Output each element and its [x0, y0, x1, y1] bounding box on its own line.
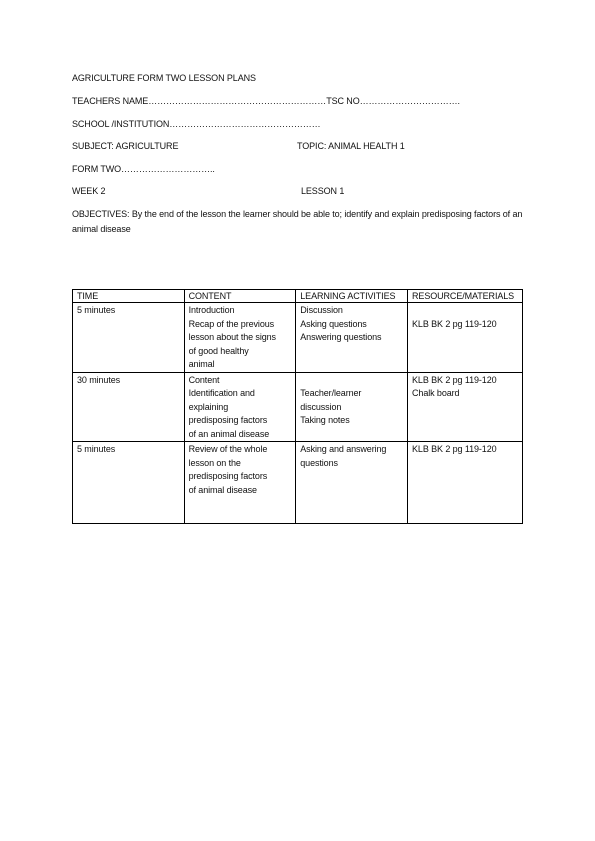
cell-text: Answering questions — [300, 331, 403, 345]
cell-text: Discussion — [300, 304, 403, 318]
cell-text: questions — [300, 457, 403, 471]
header-learning-activities: LEARNING ACTIVITIES — [296, 290, 408, 303]
cell-text: Content — [189, 374, 292, 388]
cell-text: KLB BK 2 pg 119-120 — [412, 374, 518, 388]
cell-text: KLB BK 2 pg 119-120 — [412, 443, 518, 457]
time-cell: 5 minutes — [73, 442, 185, 524]
resources-cell: KLB BK 2 pg 119-120 — [408, 303, 523, 373]
teachers-name-field: TEACHERS NAME……………………………………………………TSC NO…… — [72, 96, 460, 106]
cell-text — [412, 304, 518, 318]
cell-text: predisposing factors — [189, 414, 292, 428]
header-resources: RESOURCE/MATERIALS — [408, 290, 523, 303]
table-row: 30 minutesContentIdentification andexpla… — [73, 372, 523, 442]
activities-cell: DiscussionAsking questionsAnswering ques… — [296, 303, 408, 373]
content-cell: ContentIdentification andexplainingpredi… — [184, 372, 296, 442]
activities-cell: Teacher/learnerdiscussionTaking notes — [296, 372, 408, 442]
cell-text: discussion — [300, 401, 403, 415]
time-cell: 30 minutes — [73, 372, 185, 442]
cell-text: of good healthy — [189, 345, 292, 359]
cell-text: 5 minutes — [77, 443, 180, 457]
cell-text: predisposing factors — [189, 470, 292, 484]
lesson-plan-table: TIME CONTENT LEARNING ACTIVITIES RESOURC… — [72, 289, 523, 524]
cell-text: of animal disease — [189, 484, 292, 498]
header-time: TIME — [73, 290, 185, 303]
cell-text — [300, 374, 403, 388]
objectives-text: OBJECTIVES: By the end of the lesson the… — [72, 207, 527, 237]
cell-text: lesson about the signs — [189, 331, 292, 345]
time-cell: 5 minutes — [73, 303, 185, 373]
resources-cell: KLB BK 2 pg 119-120Chalk board — [408, 372, 523, 442]
cell-text: of an animal disease — [189, 428, 292, 442]
cell-text: Introduction — [189, 304, 292, 318]
table-header-row: TIME CONTENT LEARNING ACTIVITIES RESOURC… — [73, 290, 523, 303]
header-content: CONTENT — [184, 290, 296, 303]
cell-text: Chalk board — [412, 387, 518, 401]
table-row: 5 minutesIntroductionRecap of the previo… — [73, 303, 523, 373]
cell-text: Asking and answering — [300, 443, 403, 457]
content-cell: Review of the wholelesson on thepredispo… — [184, 442, 296, 524]
resources-cell: KLB BK 2 pg 119-120 — [408, 442, 523, 524]
topic-label: TOPIC: ANIMAL HEALTH 1 — [297, 141, 405, 151]
cell-text: KLB BK 2 pg 119-120 — [412, 318, 518, 332]
school-field: SCHOOL /INSTITUTION…………………………………………… — [72, 119, 321, 129]
week-label: WEEK 2 — [72, 186, 105, 196]
activities-cell: Asking and answeringquestions — [296, 442, 408, 524]
cell-text: lesson on the — [189, 457, 292, 471]
cell-text: Taking notes — [300, 414, 403, 428]
document-title: AGRICULTURE FORM TWO LESSON PLANS — [72, 73, 256, 83]
cell-text: Asking questions — [300, 318, 403, 332]
cell-text: 30 minutes — [77, 374, 180, 388]
cell-text: Review of the whole — [189, 443, 292, 457]
content-cell: IntroductionRecap of the previouslesson … — [184, 303, 296, 373]
cell-text: Identification and — [189, 387, 292, 401]
cell-text: Recap of the previous — [189, 318, 292, 332]
cell-text: 5 minutes — [77, 304, 180, 318]
cell-text: animal — [189, 358, 292, 372]
table-row: 5 minutesReview of the wholelesson on th… — [73, 442, 523, 524]
cell-text: explaining — [189, 401, 292, 415]
subject-label: SUBJECT: AGRICULTURE — [72, 141, 178, 151]
cell-text: Teacher/learner — [300, 387, 403, 401]
form-field: FORM TWO………………………….. — [72, 164, 215, 174]
lesson-label: LESSON 1 — [301, 186, 344, 196]
